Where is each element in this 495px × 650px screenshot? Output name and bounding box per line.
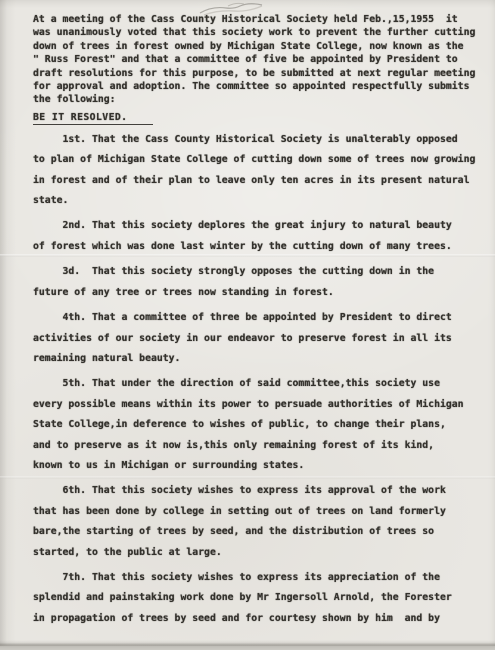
typed-line: that has been done by college in setting… — [33, 502, 475, 522]
intro-paragraph: At a meeting of the Cass County Historic… — [33, 13, 475, 107]
typed-line: for approval and adoption. The committee… — [33, 80, 475, 93]
typed-line: started, to the public at large. — [33, 543, 475, 563]
typed-line: State College,in deference to wishes of … — [33, 415, 475, 435]
typed-line: of forest which was done last winter by … — [33, 237, 475, 257]
document-content: At a meeting of the Cass County Historic… — [0, 0, 495, 629]
typed-line: 4th. That a committee of three be appoin… — [33, 308, 475, 328]
typed-line: bare,the starting of trees by seed, and … — [33, 522, 475, 542]
typed-line: 2nd. That this society deplores the grea… — [33, 216, 475, 236]
resolution-paragraph-3: 3d. That this society strongly opposes t… — [33, 262, 475, 303]
resolution-paragraph-6: 6th. That this society wishes to express… — [33, 481, 475, 563]
resolution-paragraph-4: 4th. That a committee of three be appoin… — [33, 308, 475, 369]
typed-line: and to preserve as it now is,this only r… — [33, 436, 475, 456]
typed-line: known to us in Michigan or surrounding s… — [33, 456, 475, 476]
typed-line: 6th. That this society wishes to express… — [33, 481, 475, 501]
typed-line: state. — [33, 191, 475, 211]
typed-line: the following: — [33, 93, 475, 106]
resolution-paragraph-1: 1st. That the Cass County Historical Soc… — [33, 130, 475, 212]
resolution-paragraph-5: 5th. That under the direction of said co… — [33, 374, 475, 476]
resolution-paragraph-7: 7th. That this society wishes to express… — [33, 568, 475, 629]
typed-line: 7th. That this society wishes to express… — [33, 568, 475, 588]
resolution-paragraph-2: 2nd. That this society deplores the grea… — [33, 216, 475, 257]
typed-line: remaining natural beauty. — [33, 349, 475, 369]
typed-line: in forest and of their plan to leave onl… — [33, 171, 475, 191]
typed-line: 1st. That the Cass County Historical Soc… — [33, 130, 475, 150]
typed-line: At a meeting of the Cass County Historic… — [33, 13, 475, 26]
resolved-heading-row: BE IT RESOLVED. — [33, 111, 475, 125]
typed-line: " Russ Forest" and that a committee of f… — [33, 53, 475, 66]
typed-line: was unanimously voted that this society … — [33, 26, 475, 39]
resolved-heading: BE IT RESOLVED. — [33, 111, 153, 125]
typed-line: in propagation of trees by seed and for … — [33, 609, 475, 629]
typed-line: future of any tree or trees now standing… — [33, 283, 475, 303]
paper-bottom-edge — [0, 640, 495, 650]
typed-line: 5th. That under the direction of said co… — [33, 374, 475, 394]
typed-line: to plan of Michigan State College of cut… — [33, 150, 475, 170]
typed-line: draft resolutions for this purpose, to b… — [33, 67, 475, 80]
typed-line: 3d. That this society strongly opposes t… — [33, 262, 475, 282]
typed-line: activities of our society in our endeavo… — [33, 329, 475, 349]
typed-line: down of trees in forest owned by Michiga… — [33, 40, 475, 53]
typed-line: splendid and painstaking work done by Mr… — [33, 588, 475, 608]
scanned-document-page: At a meeting of the Cass County Historic… — [0, 0, 495, 650]
typed-line: every possible means within its power to… — [33, 395, 475, 415]
